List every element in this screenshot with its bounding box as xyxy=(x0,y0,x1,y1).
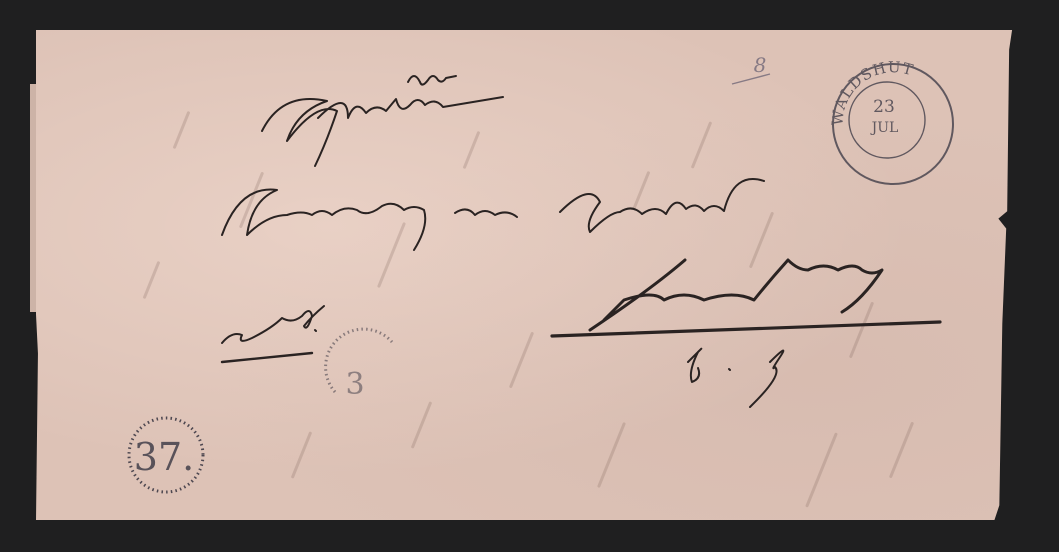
numeral-37: 37. xyxy=(134,435,194,479)
pencil-number: 8 xyxy=(754,53,767,77)
postmark-day: 23 xyxy=(873,97,895,117)
numeral-37-postmark: 37. xyxy=(129,418,203,492)
scan-background: WALDSHUT 23 JUL 37. 3 8 xyxy=(0,0,1059,552)
pencil-annotation: 8 xyxy=(732,53,770,84)
numeral-3-postmark: 3 xyxy=(326,329,392,402)
postmark-month: JUL xyxy=(870,120,899,136)
waldshut-postmark: WALDSHUT 23 JUL xyxy=(828,58,953,184)
numeral-3: 3 xyxy=(345,367,364,402)
cover-markings: WALDSHUT 23 JUL 37. 3 8 xyxy=(0,0,1059,552)
